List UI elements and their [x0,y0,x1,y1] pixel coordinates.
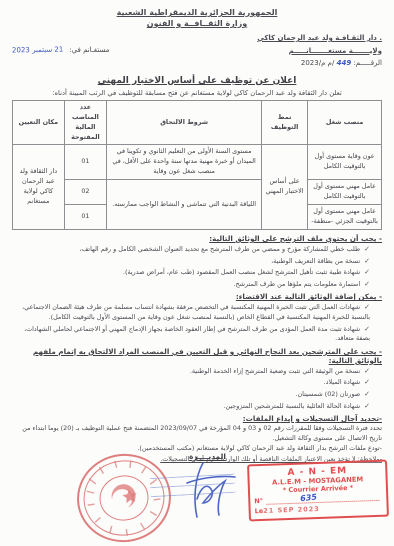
conditions-cell: اللياقة البدنية التي تتماشى و النشاط الو… [107,180,262,230]
col-position: منصب شغل [308,100,382,145]
item-text: صورتان (02) شمسيتان. [295,390,360,398]
col-openings: عدد المناصب المالية المفتوحة [64,100,106,145]
item-text: نسخة من بطاقة التعريف الوطنية، [271,257,360,265]
list-item: ✓شهادة تثبت مدة العمل المؤدى من طرف المت… [12,324,370,344]
deadlines-heading: -تحديد آجال التسجيلات و إيداع الملفات: [12,414,382,423]
table-row: عون وقاية مستوى أول بالتوقيت الكامل على … [13,145,382,180]
check-icon: ✓ [364,267,370,278]
item-text: استمارة معلومات يتم ملؤها من طرف المترشح… [233,280,360,288]
position-cell: عامل مهني مستوى أول بالتوقيت الجزئي -منظ… [308,205,382,230]
item-text: نسخة من الوثيقة التي تثبت وضعية المترشح … [190,367,360,375]
republic-title: الجمهورية الجزائرية الديمقراطية الشعبية [12,8,382,17]
check-icon: ✓ [364,324,370,335]
ref-suffix: /م م/2023 [301,59,334,67]
list-item: ✓شهادة الحالة العائلية بالنسبة للمترشحين… [12,401,370,412]
section-items: ✓شهادات العمل التي تثبت الخبرة المهنية ا… [12,302,382,343]
item-text: شهادات العمل التي تثبت الخبرة المهنية ال… [22,303,370,321]
openings-cell: 01 [64,145,106,180]
letterhead: . دار الثقـافـة ولد عبد الرحمان كاكي ولا… [12,32,382,70]
table-row: عامل مهني مستوى أول بالتوقيت الكامل اللي… [13,180,382,205]
scanned-document-page: الجمهورية الجزائرية الديمقراطية الشعبية … [0,0,394,546]
list-item: ✓نسخة من الوثيقة التي تثبت وضعية المترشح… [12,366,370,377]
section-items: ✓نسخة من الوثيقة التي تثبت وضعية المترشح… [12,366,382,411]
letterhead-org-block: . دار الثقـافـة ولد عبد الرحمان كاكي ولا… [257,32,382,70]
check-icon: ✓ [364,256,370,267]
item-text: شهادة تثبت مدة العمل المؤدى من طرف المتر… [24,325,370,343]
list-item: ✓استمارة معلومات يتم ملؤها من طرف المترش… [12,279,370,290]
check-icon: ✓ [364,279,370,290]
ref-number-handwritten: 449 [337,59,352,67]
org-name: . دار الثقـافـة ولد عبد الرحمان كاكي [257,32,382,45]
col-location: مكان التعيين [13,100,65,145]
courier-arrival-stamp: A - N - EM A.L.E.M - MOSTAGANEM * Courri… [247,460,389,522]
place-date-label: مستغـانم في: [69,46,109,54]
date-stamp: 21 سبتمبر 2023 [12,46,63,55]
reference-line: الرقـــــم: 449 /م م/2023 [257,57,382,70]
table-header-row: منصب شغل نمط التوظيف شروط الالتحاق عدد ا… [13,100,382,145]
list-item: ✓صورتان (02) شمسيتان. [12,389,370,400]
check-icon: ✓ [364,377,370,388]
mode-cell: على أساس الاختبار المهني [262,145,308,229]
list-item: ✓شهادة طبية تثبت تأهيل المترشح لشغل منصب… [12,267,370,278]
wilaya-name: ولايـــــــة مستغـــــــانـــــم [257,45,382,58]
check-icon: ✓ [364,302,370,313]
section-heading: - يجب أن يحتوي ملف الترشح على الوثائق ال… [12,234,382,243]
place-date-block: مستغـانم في: 21 سبتمبر 2023 [12,46,109,54]
item-text: طلب خطي للمشاركة مؤرخ و ممضي من طرف المت… [80,245,361,253]
check-icon: ✓ [364,389,370,400]
col-mode: نمط التوظيف [262,100,308,145]
openings-cell: 01 [64,205,106,230]
check-icon: ✓ [364,401,370,412]
stamp-date-value: 21 SEP 2023 [263,505,320,515]
openings-cell: 02 [64,180,106,205]
faint-blue-stamp [149,466,236,501]
ministry-title: وزارة الثقــافــة و الفنون [12,19,382,28]
paragraph: تحدد فترة التسجيلات وفقا للمقررات رقم 02… [12,424,382,443]
stamp-number-handwritten: 635 [300,492,318,503]
requirements-sections: - يجب أن يحتوي ملف الترشح على الوثائق ال… [12,234,382,465]
list-item: ✓نسخة من بطاقة التعريف الوطنية، [12,256,370,267]
section-items: ✓طلب خطي للمشاركة مؤرخ و ممضي من طرف الم… [12,244,382,289]
list-item: ✓شهادة الميلاد. [12,377,370,388]
check-icon: ✓ [364,244,370,255]
check-icon: ✓ [364,366,370,377]
section-heading: - يجب على المترشحين بعد النجاح النهائي و… [12,347,382,365]
position-cell: عون وقاية مستوى أول بالتوقيت الكامل [308,145,382,180]
stamp-number-label: N° [254,497,263,505]
stamp-date-row: Le 21 SEP 2023 [255,503,383,515]
item-text: شهادة طبية تثبت تأهيل المترشح لشغل منصب … [123,268,360,276]
list-item: ✓طلب خطي للمشاركة مؤرخ و ممضي من طرف الم… [12,244,370,255]
location-cell: دار الثقافة ولد عبد الرحمان كاكي لولاية … [13,145,65,229]
recruitment-table: منصب شغل نمط التوظيف شروط الالتحاق عدد ا… [12,100,382,230]
col-conditions: شروط الالتحاق [107,100,262,145]
section-heading: - يمكن إضافة الوثائق التالية عند الاقتضا… [12,292,382,301]
item-text: شهادة الحالة العائلية بالنسبة للمترشحين … [223,402,360,410]
list-item: ✓شهادات العمل التي تثبت الخبرة المهنية ا… [12,302,370,322]
conditions-cell: مستوى السنة الأولى من التعليم الثانوي و … [107,145,262,180]
ref-label: الرقـــــم: [353,59,382,67]
item-text: شهادة الميلاد. [324,378,361,386]
announcement-intro: تعلن دار الثقافة ولد عبد الرحمان كاكي لو… [12,89,382,97]
position-cell: عامل مهني مستوى أول بالتوقيت الكامل [308,180,382,205]
announcement-title: اعلان عن توظيف على أساس الاختبار المهني [12,76,382,86]
stamp-date-label: Le [255,507,264,515]
